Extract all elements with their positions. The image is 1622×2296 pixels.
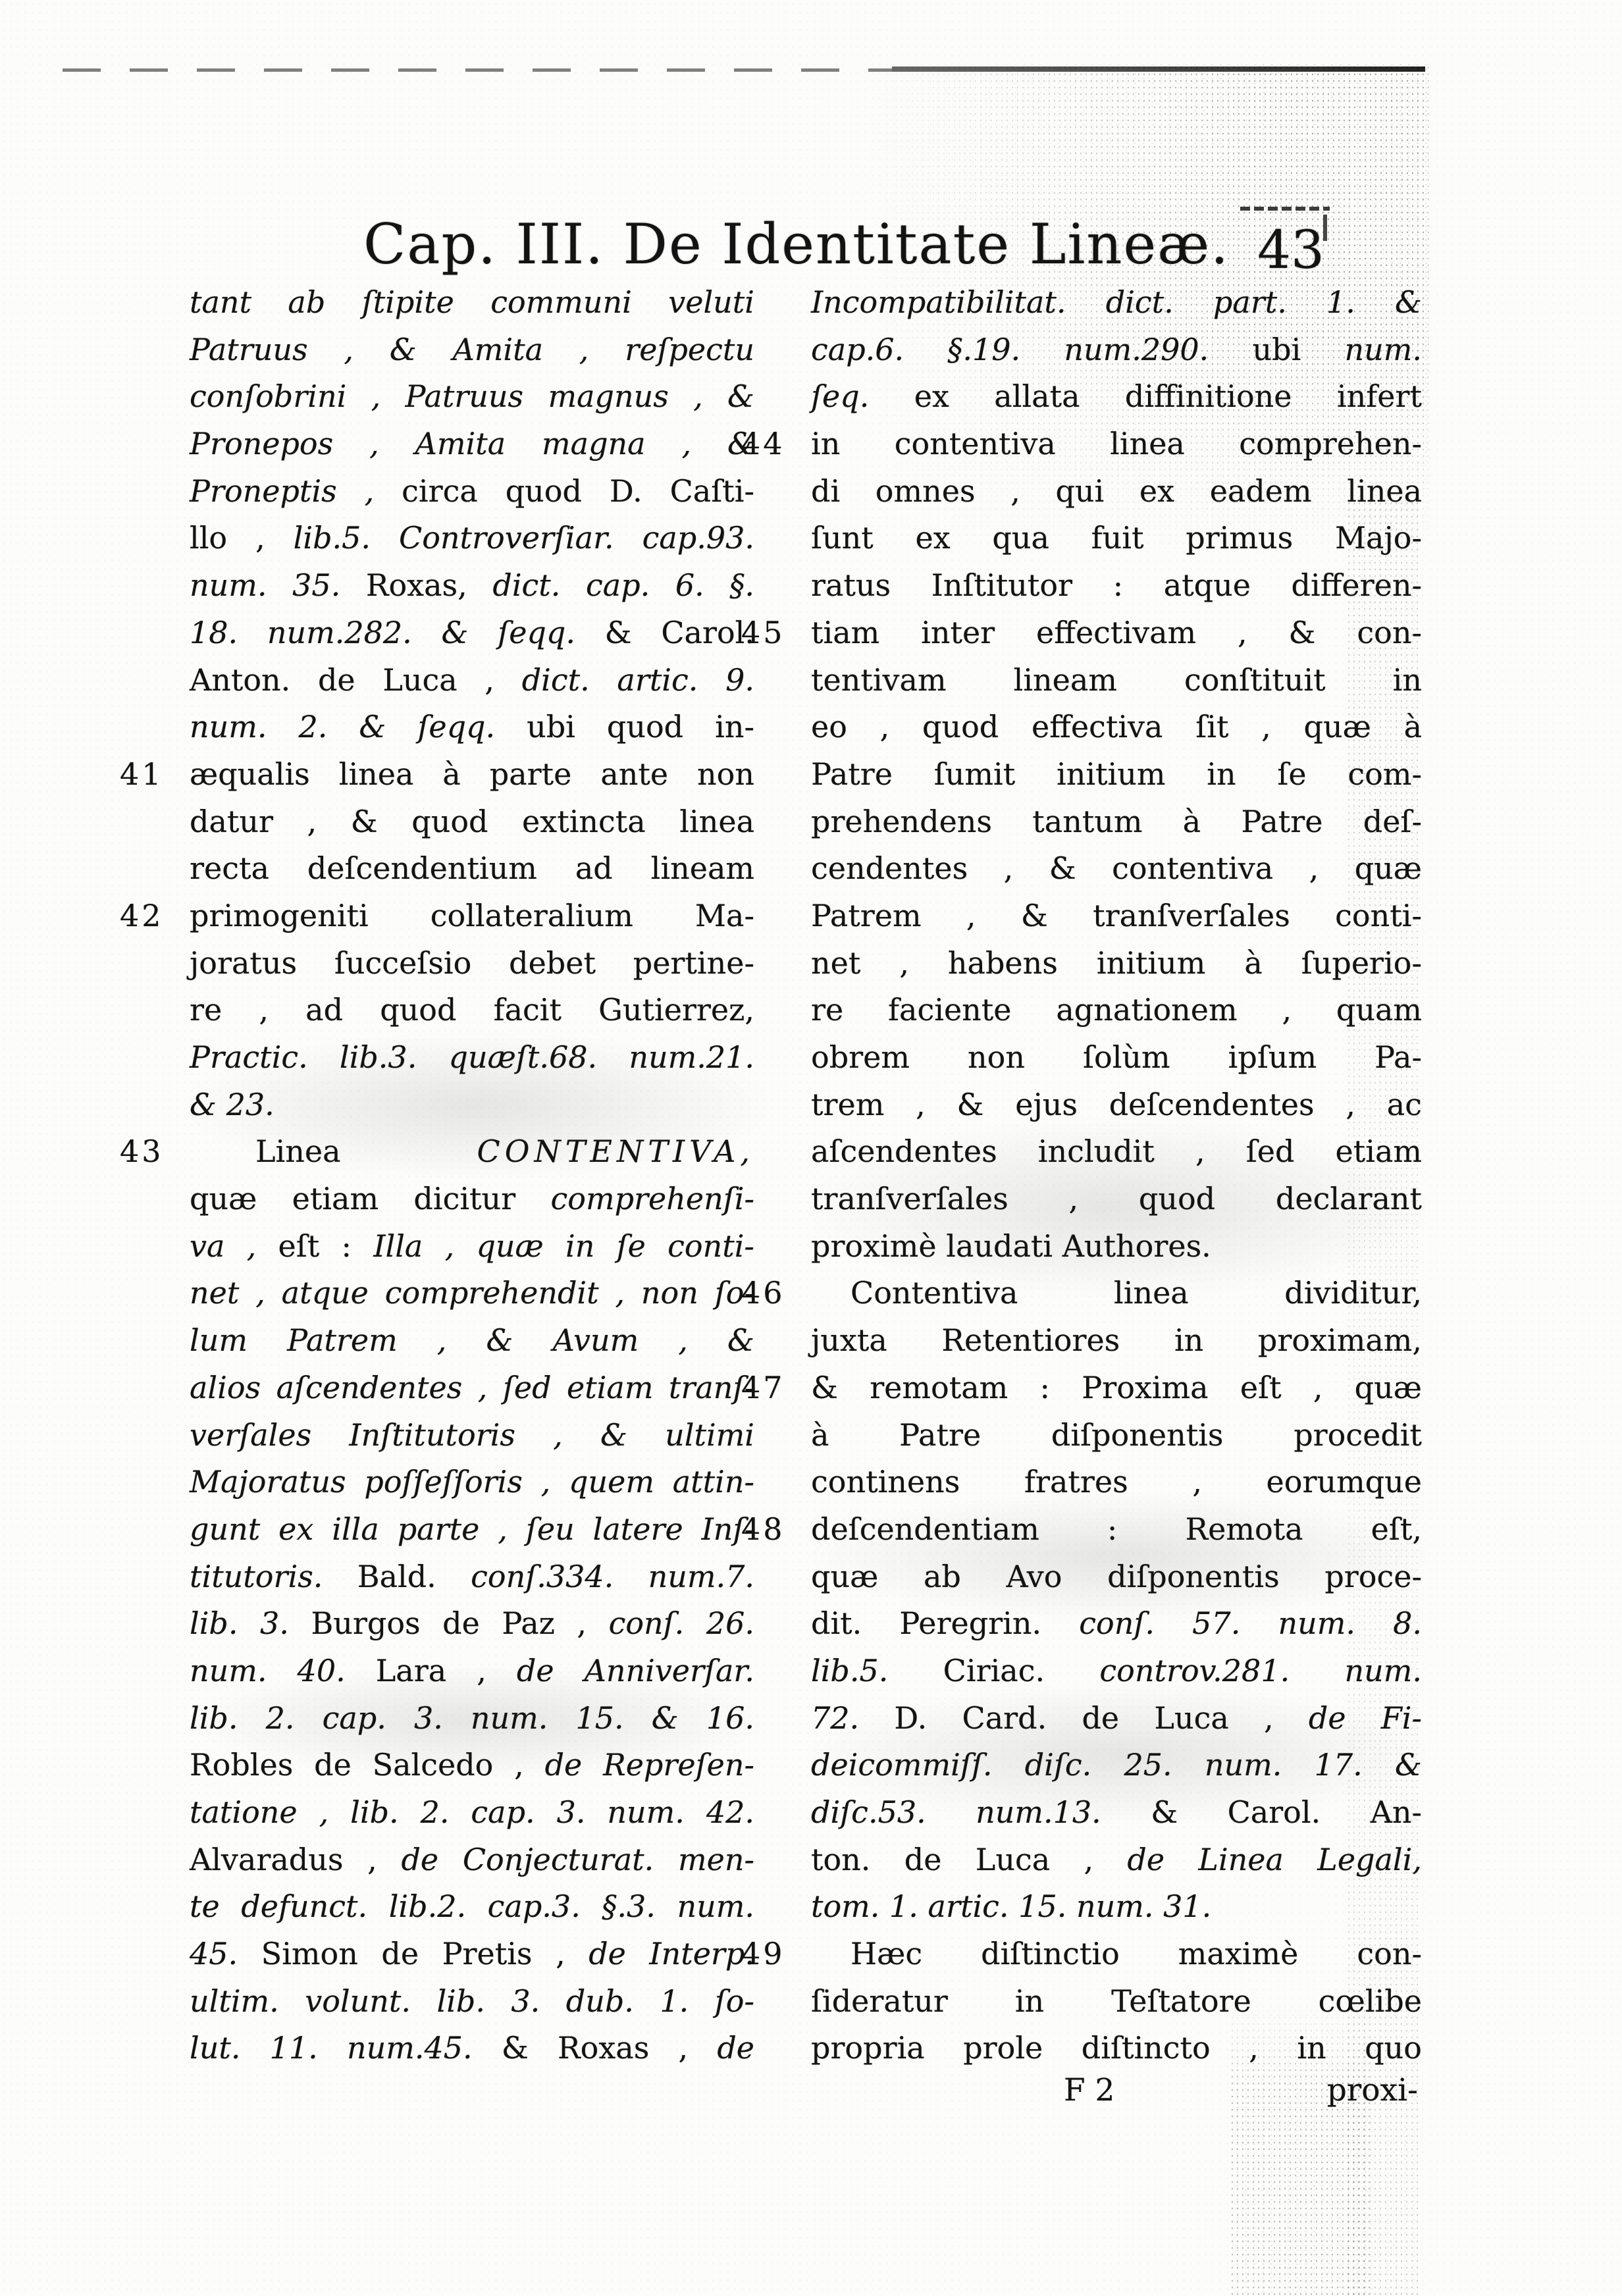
text-line: & 23. xyxy=(190,1082,754,1129)
text-line: lib.5. Ciriac. controv.281. num. xyxy=(811,1648,1422,1695)
text-line: eo , quod effectiva ſit , quæ à xyxy=(811,704,1422,751)
text-line: tant ab ſtipite communi veluti xyxy=(190,279,754,326)
text-line: 45 tiam inter effectivam , & con- xyxy=(811,610,1422,657)
line-text: trem , & ejus deſcendentes , ac xyxy=(811,1082,1422,1129)
line-text: di omnes , qui ex eadem linea xyxy=(811,468,1422,515)
margin-number: 41 xyxy=(120,751,179,798)
text-line: conſobrini , Patruus magnus , & xyxy=(190,373,754,421)
line-text: lib. 3. Burgos de Paz , conſ. 26. xyxy=(190,1600,754,1648)
line-text: num. 40. Lara , de Anniverſar. xyxy=(190,1648,754,1695)
line-text: ſideratur in Teſtatore cœlibe xyxy=(811,1978,1422,2025)
text-line: juxta Retentiores in proximam, xyxy=(811,1317,1422,1365)
line-text: cendentes , & contentiva , quæ xyxy=(811,845,1422,893)
left-column: tant ab ſtipite communi veluti Patruus ,… xyxy=(190,279,754,2072)
line-text: lut. 11. num.45. & Roxas , de xyxy=(190,2025,754,2072)
margin-number: 46 xyxy=(741,1270,800,1317)
text-line: proximè laudati Authores. xyxy=(811,1223,1422,1270)
margin-number: 44 xyxy=(741,421,800,468)
text-line: diſc.53. num.13. & Carol. An- xyxy=(811,1789,1422,1837)
text-line: continens fratres , eorumque xyxy=(811,1459,1422,1506)
text-line: 43 Linea CONTENTIVA, xyxy=(190,1128,754,1176)
margin-number: 45 xyxy=(741,610,800,657)
line-text: Alvaradus , de Conjecturat. men- xyxy=(190,1837,754,1884)
text-line: 47 & remotam : Proxima eſt , quæ xyxy=(811,1365,1422,1412)
text-line: Incompatibilitat. dict. part. 1. & xyxy=(811,279,1422,326)
line-text: aſcendentes includit , ſed etiam xyxy=(811,1128,1422,1176)
line-text: num. 2. & ſeqq. ubi quod in- xyxy=(190,704,754,751)
text-line: propria prole diſtincto , in quo xyxy=(811,2025,1422,2072)
text-line: quæ ab Avo diſponentis proce- xyxy=(811,1553,1422,1601)
text-line: 48 deſcendentiam : Remota eſt, xyxy=(811,1506,1422,1553)
line-text: conſobrini , Patruus magnus , & xyxy=(190,373,754,421)
line-text: lum Patrem , & Avum , & xyxy=(190,1317,754,1365)
catchword: proxi- xyxy=(1327,2067,1418,2114)
line-text: ſeq. ex allata diffinitione infert xyxy=(811,373,1422,421)
signature-mark: F 2 xyxy=(1064,2067,1114,2114)
text-line: quæ etiam dicitur comprehenſi- xyxy=(190,1176,754,1223)
line-text: recta deſcendentium ad lineam xyxy=(190,845,754,893)
text-line: titutoris. Bald. conſ.334. num.7. xyxy=(190,1553,754,1601)
line-text: cap.6. §.19. num.290. ubi num. xyxy=(811,326,1422,374)
margin-number: 43 xyxy=(120,1128,179,1176)
text-line: te defunct. lib.2. cap.3. §.3. num. xyxy=(190,1883,754,1931)
line-text: lib. 2. cap. 3. num. 15. & 16. xyxy=(190,1695,754,1742)
line-text: & 23. xyxy=(190,1082,754,1129)
line-text: joratus ſucceſsio debet pertine- xyxy=(190,940,754,987)
text-line: ſeq. ex allata diffinitione infert xyxy=(811,373,1422,421)
scan-line-artifact-left xyxy=(63,68,892,72)
margin-number: 48 xyxy=(741,1506,800,1553)
text-line: Robles de Salcedo , de Repreſen- xyxy=(190,1742,754,1789)
line-text: proximè laudati Authores. xyxy=(811,1223,1422,1270)
line-text: quæ ab Avo diſponentis proce- xyxy=(811,1553,1422,1601)
line-text: llo , lib.5. Controverſiar. cap.93. xyxy=(190,515,754,562)
line-text: Linea CONTENTIVA, xyxy=(190,1128,754,1176)
text-line: cendentes , & contentiva , quæ xyxy=(811,845,1422,893)
line-text: deicommiſſ. diſc. 25. num. 17. & xyxy=(811,1742,1422,1789)
line-text: va , eſt : Illa , quæ in ſe conti- xyxy=(190,1223,754,1270)
line-text: 72. D. Card. de Luca , de Fi- xyxy=(811,1695,1422,1742)
line-text: lib.5. Ciriac. controv.281. num. xyxy=(811,1648,1422,1695)
text-line: lib. 3. Burgos de Paz , conſ. 26. xyxy=(190,1600,754,1648)
scanned-book-page: Cap. III. De Identitate Lineæ. 43 tant a… xyxy=(0,0,1622,2296)
line-text: 45. Simon de Pretis , de Interp. xyxy=(190,1931,754,1978)
line-text: tatione , lib. 2. cap. 3. num. 42. xyxy=(190,1789,754,1837)
text-line: 46 Contentiva linea dividitur, xyxy=(811,1270,1422,1317)
text-line: ſunt ex qua fuit primus Majo- xyxy=(811,515,1422,562)
text-line: dit. Peregrin. conſ. 57. num. 8. xyxy=(811,1600,1422,1648)
line-text: Anton. de Luca , dict. artic. 9. xyxy=(190,657,754,704)
line-text: tiam inter effectivam , & con- xyxy=(811,610,1422,657)
text-line: Practic. lib.3. quæſt.68. num.21. xyxy=(190,1034,754,1082)
line-text: ratus Inſtitutor : atque differen- xyxy=(811,562,1422,610)
text-line: lut. 11. num.45. & Roxas , de xyxy=(190,2025,754,2072)
text-line: lum Patrem , & Avum , & xyxy=(190,1317,754,1365)
line-text: continens fratres , eorumque xyxy=(811,1459,1422,1506)
text-line: ſideratur in Teſtatore cœlibe xyxy=(811,1978,1422,2025)
margin-number: 49 xyxy=(741,1931,800,1978)
text-line: num. 35. Roxas, dict. cap. 6. §. xyxy=(190,562,754,610)
margin-number: 47 xyxy=(741,1365,800,1412)
text-line: ratus Inſtitutor : atque differen- xyxy=(811,562,1422,610)
line-text: Incompatibilitat. dict. part. 1. & xyxy=(811,279,1422,326)
line-text: diſc.53. num.13. & Carol. An- xyxy=(811,1789,1422,1837)
text-line: prehendens tantum à Patre deſ- xyxy=(811,798,1422,846)
text-line: tranſverſales , quod declarant xyxy=(811,1176,1422,1223)
text-line: aſcendentes includit , ſed etiam xyxy=(811,1128,1422,1176)
line-text: re faciente agnationem , quam xyxy=(811,987,1422,1034)
text-line: Proneptis , circa quod D. Caſti- xyxy=(190,468,754,515)
text-line: trem , & ejus deſcendentes , ac xyxy=(811,1082,1422,1129)
text-line: obrem non ſolùm ipſum Pa- xyxy=(811,1034,1422,1082)
text-line: num. 2. & ſeqq. ubi quod in- xyxy=(190,704,754,751)
line-text: titutoris. Bald. conſ.334. num.7. xyxy=(190,1553,754,1601)
text-line: verſales Inſtitutoris , & ultimi xyxy=(190,1412,754,1459)
text-line: Alvaradus , de Conjecturat. men- xyxy=(190,1837,754,1884)
line-text: num. 35. Roxas, dict. cap. 6. §. xyxy=(190,562,754,610)
text-line: ultim. volunt. lib. 3. dub. 1. ſo- xyxy=(190,1978,754,2025)
text-line: lib. 2. cap. 3. num. 15. & 16. xyxy=(190,1695,754,1742)
running-head-title: Cap. III. De Identitate Lineæ. xyxy=(355,208,1238,280)
scan-line-artifact-right xyxy=(892,66,1425,72)
line-text: in contentiva linea comprehen- xyxy=(811,421,1422,468)
text-line: Anton. de Luca , dict. artic. 9. xyxy=(190,657,754,704)
line-text: verſales Inſtitutoris , & ultimi xyxy=(190,1412,754,1459)
line-text: prehendens tantum à Patre deſ- xyxy=(811,798,1422,846)
line-text: Robles de Salcedo , de Repreſen- xyxy=(190,1742,754,1789)
text-line: 49 Hæc diſtinctio maximè con- xyxy=(811,1931,1422,1978)
line-text: obrem non ſolùm ipſum Pa- xyxy=(811,1034,1422,1082)
text-line: num. 40. Lara , de Anniverſar. xyxy=(190,1648,754,1695)
text-line: Patrem , & tranſverſales conti- xyxy=(811,893,1422,940)
line-text: Practic. lib.3. quæſt.68. num.21. xyxy=(190,1034,754,1082)
text-line: tatione , lib. 2. cap. 3. num. 42. xyxy=(190,1789,754,1837)
line-text: re , ad quod facit Gutierrez, xyxy=(190,987,754,1034)
text-line: Pronepos , Amita magna , & xyxy=(190,421,754,468)
text-line: 18. num.282. & ſeqq. & Carol. xyxy=(190,610,754,657)
line-text: Hæc diſtinctio maximè con- xyxy=(811,1931,1422,1978)
line-text: & remotam : Proxima eſt , quæ xyxy=(811,1365,1422,1412)
line-text: æqualis linea à parte ante non xyxy=(190,751,754,798)
margin-number: 42 xyxy=(120,893,179,940)
text-line: re faciente agnationem , quam xyxy=(811,987,1422,1034)
line-text: deſcendentiam : Remota eſt, xyxy=(811,1506,1422,1553)
line-text: primogeniti collateralium Ma- xyxy=(190,893,754,940)
text-line: datur , & quod extincta linea xyxy=(190,798,754,846)
line-text: te defunct. lib.2. cap.3. §.3. num. xyxy=(190,1883,754,1931)
text-line: net , atque comprehendit , non ſo- xyxy=(190,1270,754,1317)
text-line: net , habens initium à ſuperio- xyxy=(811,940,1422,987)
text-line: 41 æqualis linea à parte ante non xyxy=(190,751,754,798)
line-text: à Patre diſponentis procedit xyxy=(811,1412,1422,1459)
line-text: tranſverſales , quod declarant xyxy=(811,1176,1422,1223)
line-text: net , habens initium à ſuperio- xyxy=(811,940,1422,987)
text-line: llo , lib.5. Controverſiar. cap.93. xyxy=(190,515,754,562)
text-line: di omnes , qui ex eadem linea xyxy=(811,468,1422,515)
line-text: Majoratus poſſeſſoris , quem attin- xyxy=(190,1459,754,1506)
text-line: deicommiſſ. diſc. 25. num. 17. & xyxy=(811,1742,1422,1789)
line-text: net , atque comprehendit , non ſo- xyxy=(190,1270,754,1317)
line-text: quæ etiam dicitur comprehenſi- xyxy=(190,1176,754,1223)
text-line: tom. 1. artic. 15. num. 31. xyxy=(811,1883,1422,1931)
right-column: Incompatibilitat. dict. part. 1. & cap.6… xyxy=(811,279,1422,2072)
line-text: datur , & quod extincta linea xyxy=(190,798,754,846)
text-line: Majoratus poſſeſſoris , quem attin- xyxy=(190,1459,754,1506)
text-line: Patre ſumit initium in ſe com- xyxy=(811,751,1422,798)
text-line: gunt ex illa parte , ſeu latere Inſ- xyxy=(190,1506,754,1553)
line-text: tant ab ſtipite communi veluti xyxy=(190,279,754,326)
line-text: tentivam lineam conſtituit in xyxy=(811,657,1422,704)
text-line: 44 in contentiva linea comprehen- xyxy=(811,421,1422,468)
line-text: alios aſcendentes , ſed etiam tranſ- xyxy=(190,1365,754,1412)
line-text: Proneptis , circa quod D. Caſti- xyxy=(190,468,754,515)
text-line: à Patre diſponentis procedit xyxy=(811,1412,1422,1459)
line-text: propria prole diſtincto , in quo xyxy=(811,2025,1422,2072)
line-text: gunt ex illa parte , ſeu latere Inſ- xyxy=(190,1506,754,1553)
text-line: alios aſcendentes , ſed etiam tranſ- xyxy=(190,1365,754,1412)
line-text: Contentiva linea dividitur, xyxy=(811,1270,1422,1317)
text-line: 72. D. Card. de Luca , de Fi- xyxy=(811,1695,1422,1742)
text-line: 42 primogeniti collateralium Ma- xyxy=(190,893,754,940)
text-line: ton. de Luca , de Linea Legali, xyxy=(811,1837,1422,1884)
line-text: Patruus , & Amita , reſpectu xyxy=(190,326,754,374)
text-line: Patruus , & Amita , reſpectu xyxy=(190,326,754,374)
text-line: tentivam lineam conſtituit in xyxy=(811,657,1422,704)
line-text: ſunt ex qua fuit primus Majo- xyxy=(811,515,1422,562)
line-text: eo , quod effectiva ſit , quæ à xyxy=(811,704,1422,751)
text-line: 45. Simon de Pretis , de Interp. xyxy=(190,1931,754,1978)
line-text: Patrem , & tranſverſales conti- xyxy=(811,893,1422,940)
line-text: tom. 1. artic. 15. num. 31. xyxy=(811,1883,1422,1931)
line-text: dit. Peregrin. conſ. 57. num. 8. xyxy=(811,1600,1422,1648)
folio-box-artifact-tick xyxy=(1323,215,1327,241)
text-line: cap.6. §.19. num.290. ubi num. xyxy=(811,326,1422,374)
footer-line: F 2 proxi- xyxy=(811,2067,1422,2114)
line-text: ultim. volunt. lib. 3. dub. 1. ſo- xyxy=(190,1978,754,2025)
folio-box-artifact-top xyxy=(1240,207,1330,211)
line-text: Pronepos , Amita magna , & xyxy=(190,421,754,468)
text-line: re , ad quod facit Gutierrez, xyxy=(190,987,754,1034)
line-text: juxta Retentiores in proximam, xyxy=(811,1317,1422,1365)
text-line: va , eſt : Illa , quæ in ſe conti- xyxy=(190,1223,754,1270)
text-line: recta deſcendentium ad lineam xyxy=(190,845,754,893)
line-text: Patre ſumit initium in ſe com- xyxy=(811,751,1422,798)
folio-number: 43 xyxy=(1248,217,1334,283)
text-line: joratus ſucceſsio debet pertine- xyxy=(190,940,754,987)
line-text: ton. de Luca , de Linea Legali, xyxy=(811,1837,1422,1884)
line-text: 18. num.282. & ſeqq. & Carol. xyxy=(190,610,754,657)
